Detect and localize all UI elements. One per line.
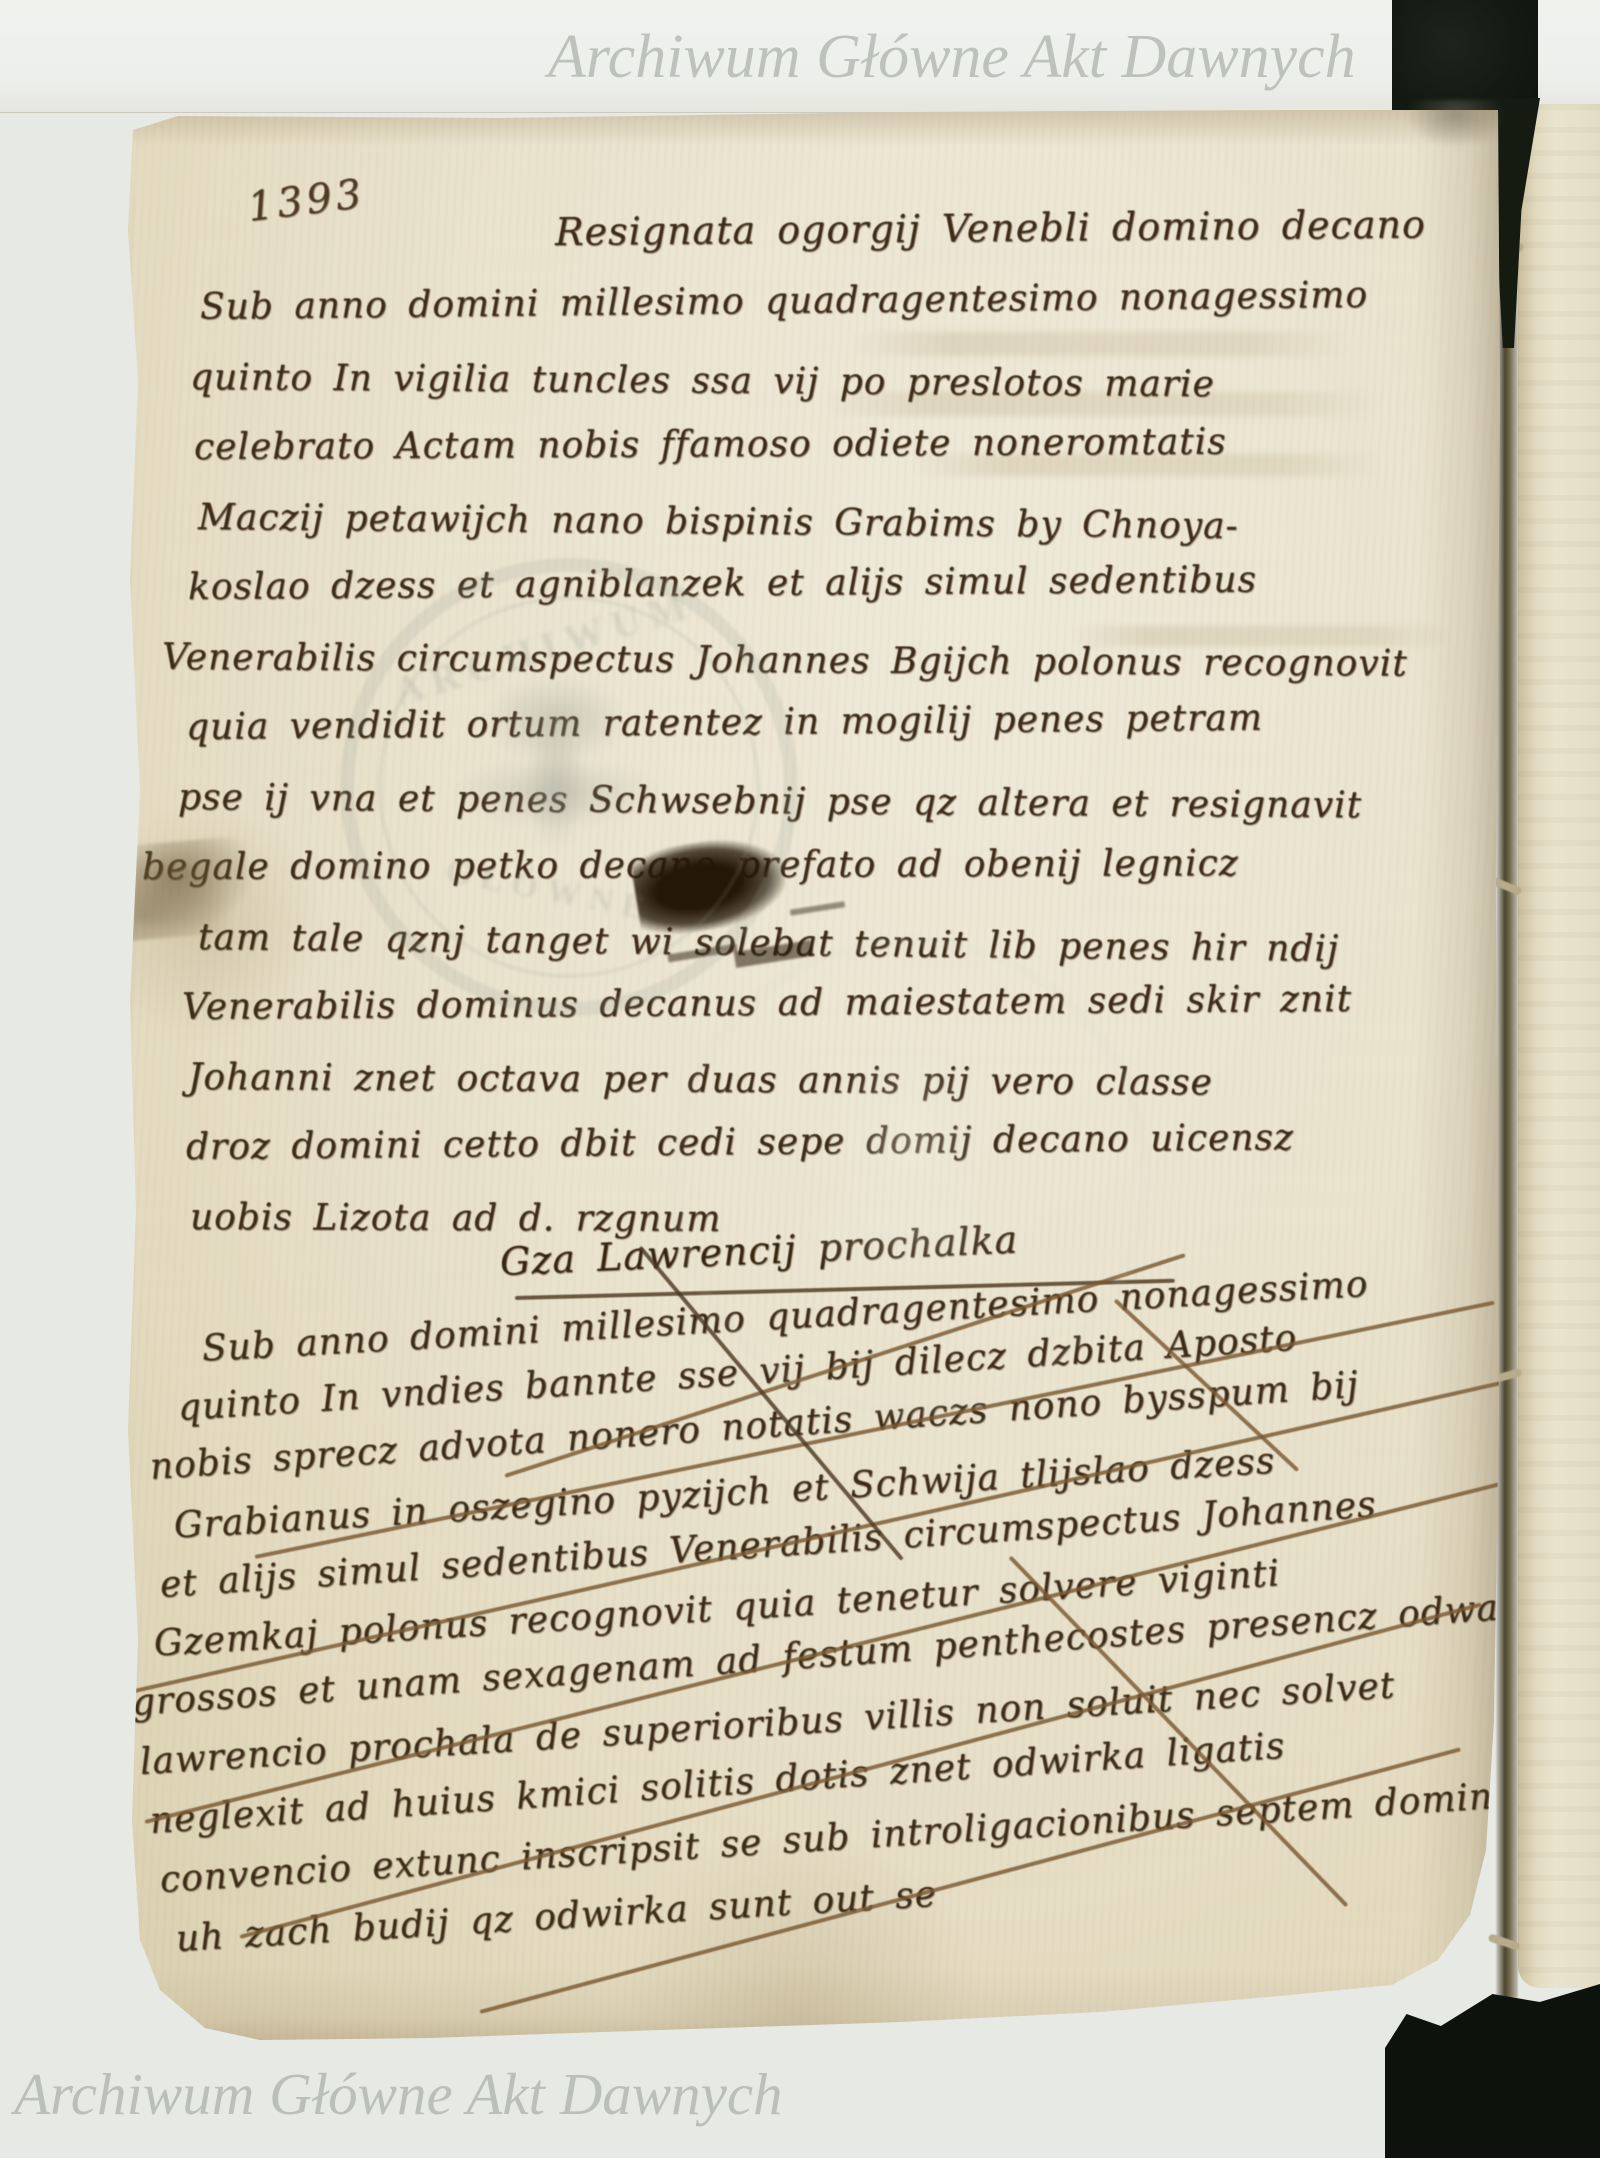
page-year-label: 1393 — [245, 172, 367, 230]
manuscript-line: quia vendidit ortum ratentez in mogilij … — [186, 699, 1263, 748]
bleedthrough-streak — [850, 332, 1350, 356]
manuscript-line: droz domini cetto dbit cedi sepe domij d… — [186, 1118, 1294, 1167]
facing-page-edge — [1518, 104, 1600, 1988]
margin-smudge — [91, 835, 254, 943]
manuscript-line: celebrato Actam nobis ffamoso odiete non… — [194, 423, 1227, 468]
manuscript-line: Sub anno domini millesimo quadragentesim… — [200, 276, 1368, 328]
manuscript-line: quinto In vigilia tuncles ssa vij po pre… — [190, 358, 1215, 405]
manuscript-line: Maczij petawijch nano bispinis Grabims b… — [198, 498, 1239, 547]
manuscript-line: Venerabilis dominus decanus ad maiestate… — [182, 980, 1352, 1028]
watermark-bottom: Archiwum Główne Akt Dawnych — [14, 2060, 783, 2129]
manuscript-line: uobis Lizota ad d. rzgnum — [190, 1198, 722, 1239]
book-cover-black — [1385, 1958, 1600, 2158]
manuscript-page: 1393 Resignata ogorgij Venebli domino de… — [90, 106, 1510, 2051]
manuscript-line: pse ij vna et penes Schwsebnij pse qz al… — [178, 778, 1362, 826]
manuscript-scan-canvas: 1393 Resignata ogorgij Venebli domino de… — [0, 0, 1600, 2158]
manuscript-line: Venerabilis circumspectus Johannes Bgijc… — [162, 638, 1408, 684]
ribbon-shadow — [1406, 100, 1506, 148]
manuscript-line: koslao dzess et agniblanzek et alijs sim… — [188, 561, 1257, 608]
section1-heading: Resignata ogorgij Venebli domino decano — [555, 204, 1426, 253]
bookmark-ribbon — [1392, 0, 1538, 110]
manuscript-line: Johanni znet octava per duas annis pij v… — [188, 1058, 1213, 1103]
top-sheet-edge — [0, 0, 1600, 113]
manuscript-line: tam tale qznj tanget wi solebat tenuit l… — [198, 918, 1339, 970]
